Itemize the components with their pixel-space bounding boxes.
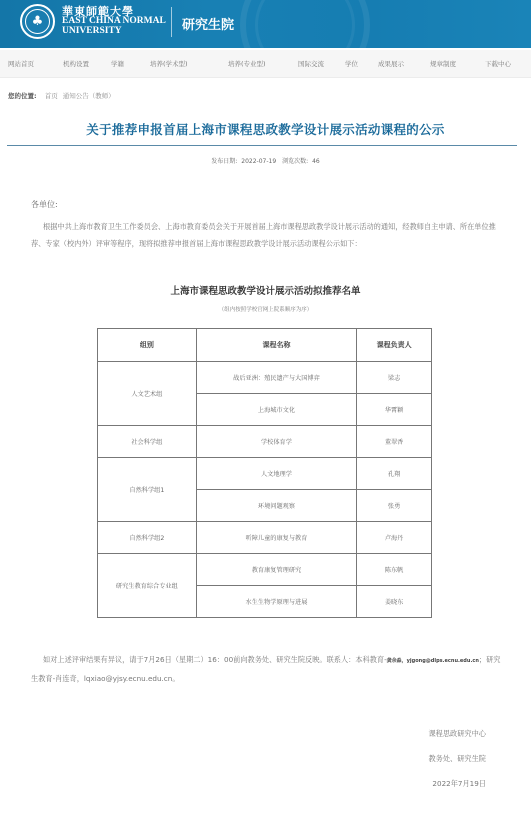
- greeting: 各单位:: [31, 199, 58, 210]
- objection-text: 如对上述评审结果有异议，请于7月26日（星期二）16：00前向教务处、研究生院反…: [43, 655, 387, 664]
- nav-item-8[interactable]: 规章制度: [430, 59, 456, 68]
- breadcrumb-label: 您的位置:: [8, 92, 37, 100]
- intro-paragraph: 根据中共上海市教育卫生工作委员会、上海市教育委员会关于开展首届上海市课程思政教学…: [31, 218, 501, 252]
- table-row: 研究生教育综合专业组教育康复管理研究陈东帆: [98, 554, 432, 586]
- leader-cell: 卢海丹: [357, 522, 432, 554]
- signature-offices: 教务处、研究生院: [428, 754, 486, 764]
- header-course: 课程名称: [196, 329, 357, 362]
- publish-date-label: 发布日期:: [211, 158, 237, 165]
- group-cell: 人文艺术组: [98, 362, 197, 426]
- nav-item-1[interactable]: 机构设置: [63, 59, 89, 68]
- nav-item-2[interactable]: 学籍: [111, 59, 124, 68]
- table-row: 人文艺术组战后亚洲：殖民遗产与大国博弈梁志: [98, 362, 432, 394]
- list-title: 上海市课程思政教学设计展示活动拟推荐名单: [0, 283, 531, 297]
- views-count: 46: [312, 158, 320, 165]
- table-row: 自然科学组1人文地理学孔翔: [98, 458, 432, 490]
- course-cell: 学校体育学: [196, 426, 357, 458]
- leader-cell: 陈东帆: [357, 554, 432, 586]
- course-cell: 教育康复管理研究: [196, 554, 357, 586]
- nav-item-3[interactable]: 培养(学术型): [150, 59, 188, 68]
- course-cell: 战后亚洲：殖民遗产与大国博弈: [196, 362, 357, 394]
- nav-item-0[interactable]: 网站首页: [8, 59, 34, 68]
- signature-center: 课程思政研究中心: [428, 729, 486, 739]
- title-divider: [7, 145, 517, 146]
- nav-item-5[interactable]: 国际交流: [298, 59, 324, 68]
- course-cell: 环境问题观察: [196, 490, 357, 522]
- university-name-en[interactable]: EAST CHINA NORMAL UNIVERSITY: [62, 16, 166, 36]
- nav-item-4[interactable]: 培养(专业型): [228, 59, 266, 68]
- group-cell: 自然科学组2: [98, 522, 197, 554]
- signature-date: 2022年7月19日: [432, 779, 486, 789]
- breadcrumb: 您的位置: 首页 通知公告（教师）: [8, 91, 115, 100]
- objection-paragraph: 如对上述评审结果有异议，请于7月26日（星期二）16：00前向教务处、研究生院反…: [31, 651, 506, 687]
- article-title: 关于推荐申报首届上海市课程思政教学设计展示活动课程的公示: [0, 120, 531, 138]
- list-subtitle: （组内按照学校官网上院系顺序为序）: [0, 305, 531, 313]
- table-row: 社会科学组学校体育学董翠香: [98, 426, 432, 458]
- nav-item-9[interactable]: 下载中心: [485, 59, 511, 68]
- publish-date: 2022-07-19: [241, 158, 276, 165]
- header-divider: [171, 7, 172, 37]
- leader-cell: 梁志: [357, 362, 432, 394]
- nav-item-7[interactable]: 成果展示: [378, 59, 404, 68]
- breadcrumb-home[interactable]: 首页: [45, 92, 58, 100]
- leader-cell: 姜晓东: [357, 586, 432, 618]
- course-cell: 人文地理学: [196, 458, 357, 490]
- table-row: 自然科学组2听障儿童的康复与教育卢海丹: [98, 522, 432, 554]
- site-name[interactable]: 研究生院: [182, 14, 234, 33]
- university-name-en-line2: UNIVERSITY: [62, 26, 166, 36]
- group-cell: 自然科学组1: [98, 458, 197, 522]
- group-cell: 社会科学组: [98, 426, 197, 458]
- header-leader: 课程负责人: [357, 329, 432, 362]
- leader-cell: 孔翔: [357, 458, 432, 490]
- undergrad-contact: 龚余淼，yjgong@dlps.ecnu.edu.cn: [387, 658, 479, 664]
- course-cell: 听障儿童的康复与教育: [196, 522, 357, 554]
- leader-cell: 董翠香: [357, 426, 432, 458]
- views-label: 浏览次数:: [282, 158, 308, 165]
- group-cell: 研究生教育综合专业组: [98, 554, 197, 618]
- course-cell: 水生生物学原理与进展: [196, 586, 357, 618]
- course-cell: 上海城市文化: [196, 394, 357, 426]
- background-seal-decoration-inner: [255, 0, 355, 48]
- seal-tree-icon: ♣: [25, 9, 50, 34]
- nav-item-6[interactable]: 学位: [345, 59, 358, 68]
- header-group: 组别: [98, 329, 197, 362]
- main-nav: 网站首页机构设置学籍培养(学术型)培养(专业型)国际交流学位成果展示规章制度下载…: [0, 50, 531, 78]
- university-name-en-line1: EAST CHINA NORMAL: [62, 16, 166, 26]
- breadcrumb-notices[interactable]: 通知公告（教师）: [63, 92, 115, 100]
- course-table: 组别 课程名称 课程负责人 人文艺术组战后亚洲：殖民遗产与大国博弈梁志上海城市文…: [97, 328, 432, 618]
- leader-cell: 华霄颖: [357, 394, 432, 426]
- university-seal-icon[interactable]: ♣: [20, 4, 55, 39]
- article-meta: 发布日期:2022-07-19 浏览次数:46: [0, 156, 531, 165]
- leader-cell: 张勇: [357, 490, 432, 522]
- table-header-row: 组别 课程名称 课程负责人: [98, 329, 432, 362]
- site-header: ♣ 華東師範大學 EAST CHINA NORMAL UNIVERSITY 研究…: [0, 0, 531, 48]
